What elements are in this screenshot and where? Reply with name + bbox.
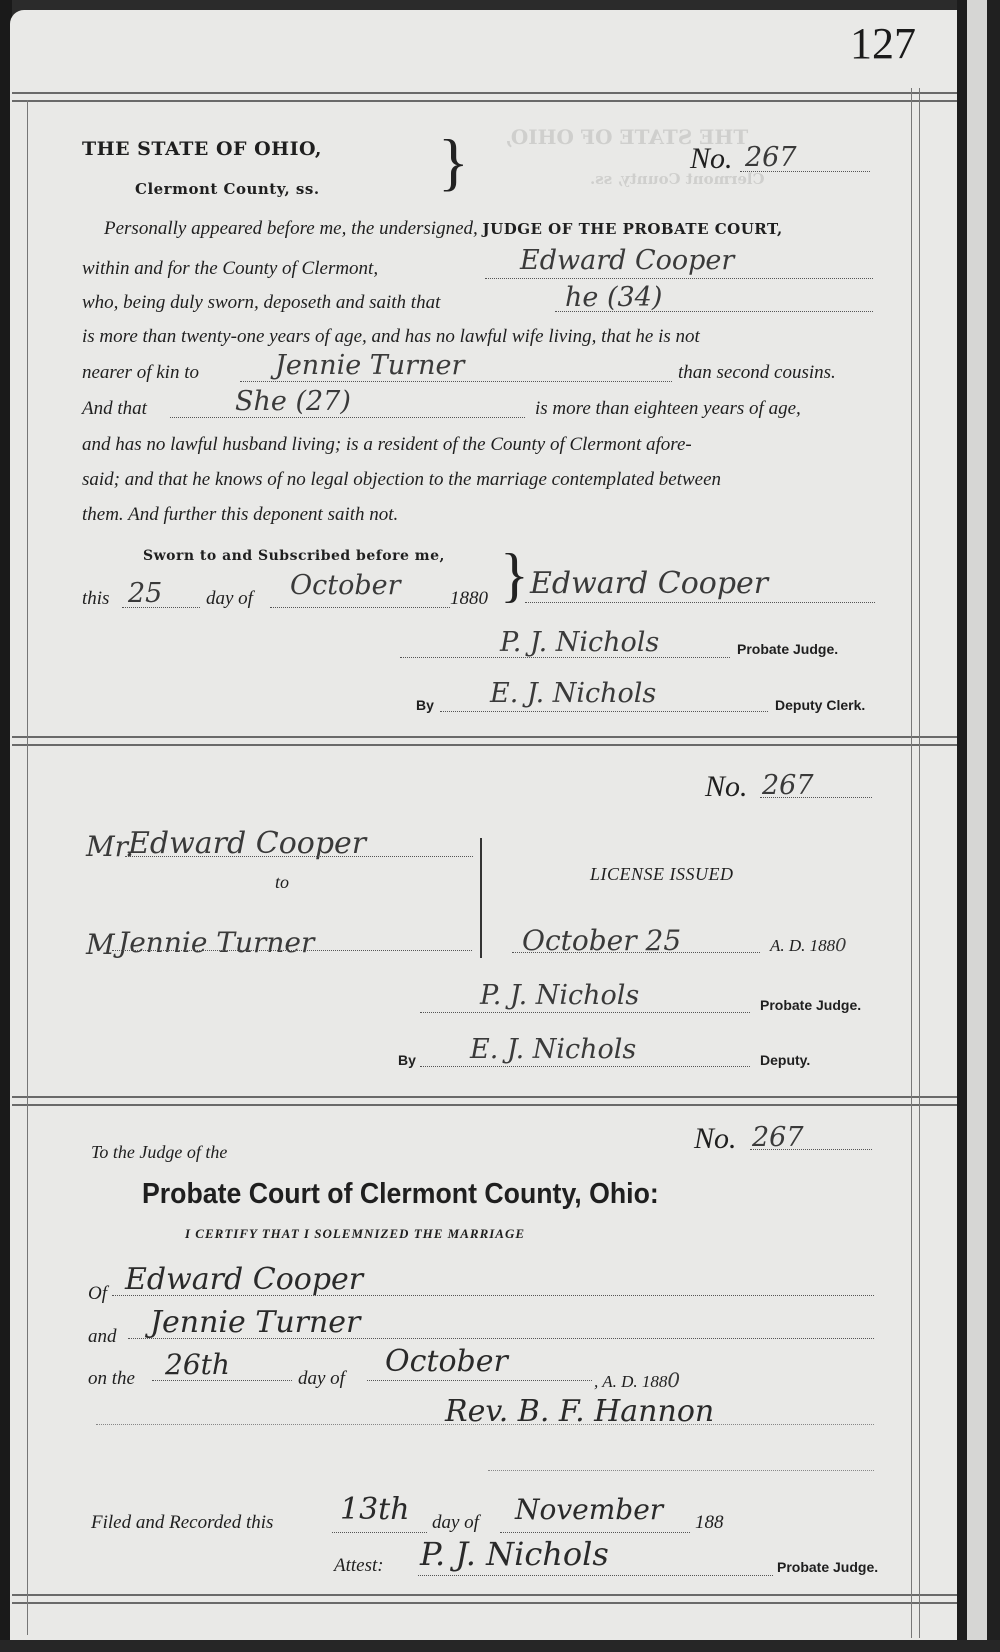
- affidavit-line-6-suffix: is more than eighteen years of age,: [535, 398, 801, 420]
- affidavit-line-1-text: Personally appeared before me, the under…: [104, 218, 478, 239]
- day-of-label: day of: [206, 588, 253, 610]
- affidavit-line-8: said; and that he knows of no legal obje…: [82, 469, 721, 491]
- brace: }: [438, 130, 469, 194]
- issued-date: October 25: [522, 924, 681, 957]
- affidavit-line-5-suffix: than second cousins.: [678, 362, 836, 384]
- margin-left-rule: [27, 100, 28, 1635]
- attest-signature: P. J. Nichols: [420, 1535, 609, 1573]
- groom-prefix: Mr.: [86, 830, 134, 863]
- filed-day-line: [332, 1532, 427, 1533]
- license-judge-signature: P. J. Nichols: [480, 980, 639, 1011]
- ad-label-text: A. D. 188: [770, 936, 835, 955]
- affidavit-line-6-prefix: And that: [82, 398, 147, 420]
- by-label: By: [416, 697, 434, 713]
- margin-right-rule-1: [911, 88, 912, 1638]
- record-no-value: 267: [745, 142, 797, 173]
- rule-top: [12, 92, 957, 94]
- affidavit-line-3: who, being duly sworn, deposeth and sait…: [82, 292, 440, 314]
- license-deputy-signature: E. J. Nichols: [470, 1034, 636, 1065]
- judge-signature: P. J. Nichols: [500, 627, 659, 658]
- judge-of-probate-court-text: JUDGE OF THE PROBATE COURT,: [483, 220, 783, 238]
- bride-age-line: [170, 417, 525, 418]
- bride-age: She (27): [235, 386, 351, 417]
- license-deputy-line: [420, 1066, 750, 1067]
- license-deputy-title: Deputy.: [760, 1052, 810, 1068]
- affiant-age: he (34): [565, 282, 662, 313]
- sworn-month: October: [290, 570, 401, 601]
- affidavit-line-1: Personally appeared before me, the under…: [104, 218, 783, 240]
- rule-bottom-2: [12, 1602, 957, 1604]
- affidavit-line-9: them. And further this deponent saith no…: [82, 504, 398, 526]
- filed-day: 13th: [340, 1492, 410, 1527]
- license-judge-line: [420, 1012, 750, 1013]
- license-record-no-label: No.: [705, 770, 748, 804]
- page-number: 127: [850, 18, 916, 69]
- bleed-through-text-2: Clermont County, ss.: [590, 170, 765, 188]
- record-no-label: No.: [690, 142, 733, 176]
- rule-section-2: [12, 1096, 957, 1098]
- affiant-name-line: [485, 278, 873, 279]
- groom-name-line: [125, 856, 473, 857]
- marriage-day: 26th: [165, 1348, 230, 1381]
- return-record-no-line: [750, 1149, 872, 1150]
- rule-top-2: [12, 100, 957, 102]
- sworn-day: 25: [128, 578, 162, 609]
- to-judge-label: To the Judge of the: [91, 1142, 227, 1163]
- marriage-month: October: [385, 1344, 508, 1379]
- record-no-line: [740, 171, 870, 172]
- bride-name: Jennie Turner: [275, 350, 464, 381]
- clerk-signature-line: [440, 711, 768, 712]
- bride-prefix: M: [86, 928, 115, 961]
- binding-shadow: [957, 0, 967, 1652]
- filed-month: November: [515, 1493, 663, 1526]
- sworn-heading: Sworn to and Subscribed before me,: [143, 548, 445, 564]
- return-record-no-label: No.: [694, 1122, 737, 1156]
- license-judge-title: Probate Judge.: [760, 997, 861, 1013]
- to-label: to: [275, 872, 289, 893]
- affidavit-line-4: is more than twenty-one years of age, an…: [82, 326, 700, 348]
- filed-month-line: [500, 1532, 690, 1533]
- attest-signature-line: [418, 1575, 773, 1576]
- return-ad-label-text: , A. D. 188: [594, 1372, 667, 1391]
- rule-section-1b: [12, 744, 957, 746]
- certify-line: I CERTIFY THAT I SOLEMNIZED THE MARRIAGE: [185, 1226, 525, 1242]
- on-the-label: on the: [88, 1368, 135, 1390]
- judge-title: Probate Judge.: [737, 641, 838, 657]
- license-by-label: By: [398, 1052, 416, 1068]
- bride-name-line-2: [112, 950, 472, 951]
- filed-label: Filed and Recorded this: [91, 1512, 273, 1534]
- bride-name-line: [240, 381, 672, 382]
- margin-right-rule-2: [919, 88, 920, 1638]
- affidavit-line-5-prefix: nearer of kin to: [82, 362, 199, 384]
- marriage-month-line: [367, 1380, 592, 1381]
- sworn-month-line: [270, 607, 450, 608]
- state-heading: THE STATE OF OHIO,: [82, 138, 322, 160]
- affiant-name: Edward Cooper: [520, 245, 734, 276]
- county-line: Clermont County, ss.: [135, 180, 320, 198]
- clerk-title: Deputy Clerk.: [775, 697, 865, 713]
- rule-bottom: [12, 1594, 957, 1596]
- license-record-no-line: [760, 797, 872, 798]
- sworn-year: 1880: [450, 588, 488, 610]
- officiant-line-2: [488, 1470, 874, 1471]
- officiant-signature: Rev. B. F. Hannon: [445, 1394, 714, 1429]
- affidavit-line-7: and has no lawful husband living; is a r…: [82, 434, 692, 456]
- court-heading: Probate Court of Clermont County, Ohio:: [142, 1178, 659, 1211]
- return-bride-name: Jennie Turner: [150, 1305, 360, 1340]
- marriage-day-of-label: day of: [298, 1368, 345, 1390]
- brace-2: }: [500, 545, 529, 605]
- clerk-signature: E. J. Nichols: [490, 678, 656, 709]
- binding-edge: [987, 0, 1000, 1652]
- license-issued-label: LICENSE ISSUED: [590, 864, 734, 885]
- marriage-year-digit: 0: [667, 1368, 680, 1392]
- of-label: Of: [88, 1283, 107, 1305]
- license-brace: [480, 838, 482, 958]
- this-label: this: [82, 588, 109, 610]
- attest-title: Probate Judge.: [777, 1559, 878, 1575]
- ad-label: A. D. 1880: [770, 935, 847, 956]
- license-bride-name: Jennie Turner: [118, 926, 314, 959]
- binding-gutter: [967, 0, 987, 1652]
- filed-year-prefix: 188: [695, 1512, 724, 1534]
- affiant-signature-line: [525, 602, 875, 603]
- rule-section-1: [12, 736, 957, 738]
- affidavit-line-2: within and for the County of Clermont,: [82, 258, 378, 280]
- return-ad-label: , A. D. 1880: [594, 1368, 680, 1392]
- issued-year-digit: 0: [835, 935, 846, 956]
- page-bottom-edge: [0, 1640, 1000, 1652]
- rule-section-2b: [12, 1104, 957, 1106]
- affiant-signature: Edward Cooper: [530, 566, 768, 601]
- filed-day-of-label: day of: [432, 1512, 479, 1534]
- attest-label: Attest:: [334, 1555, 384, 1577]
- return-groom-name: Edward Cooper: [125, 1262, 363, 1297]
- and-label: and: [88, 1326, 117, 1348]
